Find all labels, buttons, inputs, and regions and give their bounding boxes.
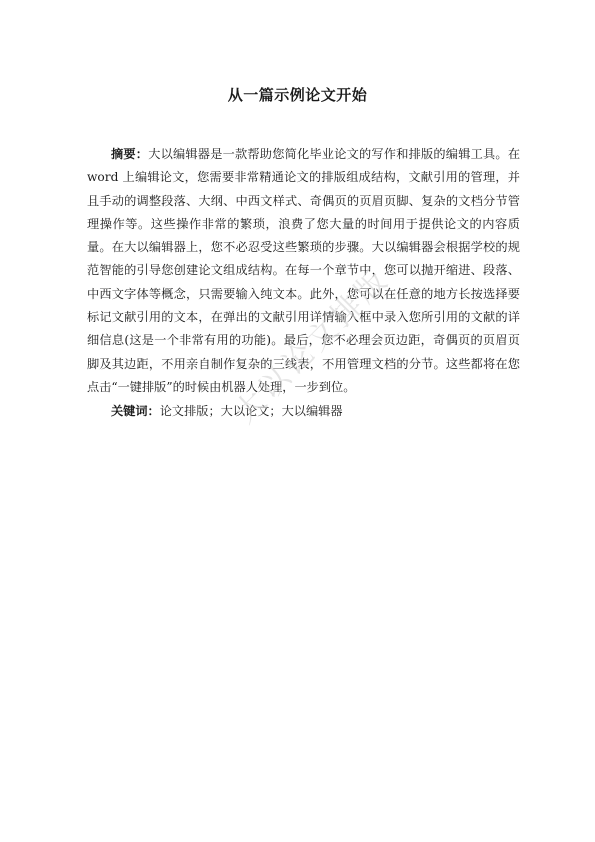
abstract-paragraph: 摘要：大以编辑器是一款帮助您简化毕业论文的写作和排版的编辑工具。在 word 上… bbox=[87, 143, 520, 399]
keywords-text: 论文排版；大以论文；大以编辑器 bbox=[160, 404, 343, 418]
abstract-label: 摘要： bbox=[111, 147, 148, 161]
paper-page: 从一篇示例论文开始 摘要：大以编辑器是一款帮助您简化毕业论文的写作和排版的编辑工… bbox=[0, 0, 595, 842]
abstract-text: 大以编辑器是一款帮助您简化毕业论文的写作和排版的编辑工具。在 word 上编辑论… bbox=[87, 147, 520, 394]
keywords-line: 关键词：论文排版；大以论文；大以编辑器 bbox=[111, 400, 343, 423]
keywords-label: 关键词： bbox=[111, 404, 160, 418]
paper-title: 从一篇示例论文开始 bbox=[0, 84, 595, 105]
